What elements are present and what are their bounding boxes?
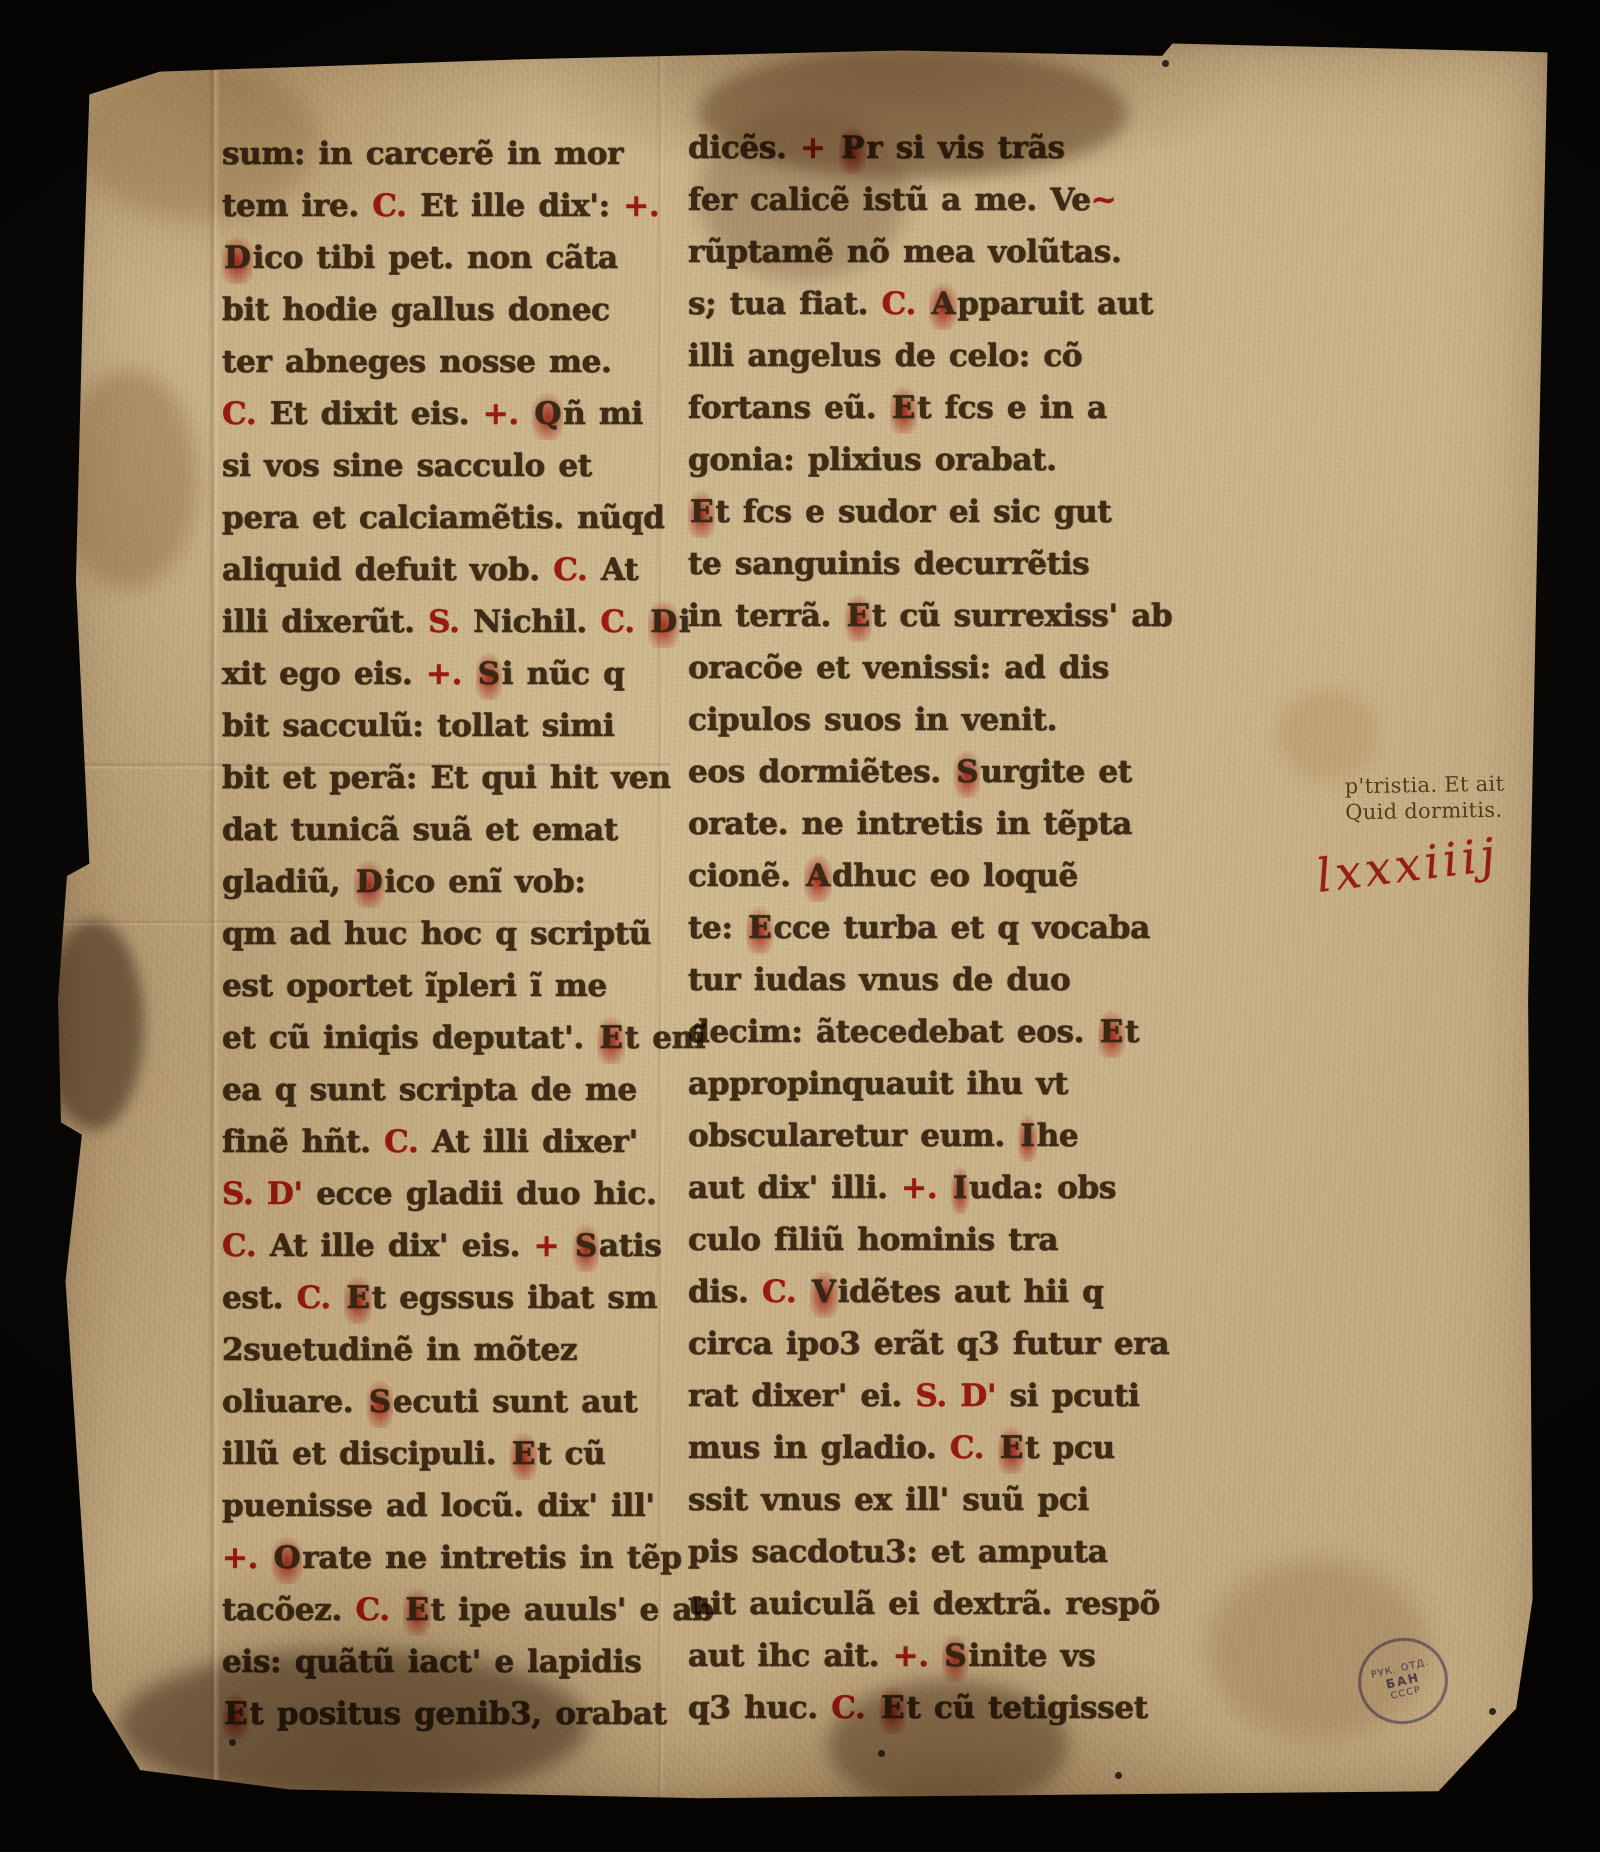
text-line: oracõe et venissi: ad dis: [688, 642, 1124, 694]
ink-segment: decim: ãtecedebat eos.: [688, 1014, 1098, 1050]
text-line: te: Ecce turba et q vocaba: [688, 902, 1124, 954]
ink-segment: uit auiculã ei dextrã. respõ: [688, 1586, 1160, 1622]
text-line: si vos sine sacculo et: [222, 440, 658, 492]
text-column-left: sum: in carcerẽ in mortem ire. C. Et ill…: [222, 128, 658, 1740]
text-line: illi angelus de celo: cõ: [688, 330, 1124, 382]
text-line: te sanguinis decurrẽtis: [688, 538, 1124, 590]
text-line: dicẽs. + Pr si vis trãs: [688, 122, 1124, 174]
rubric-segment: +.: [426, 656, 476, 692]
ink-segment: Et ille dix':: [420, 188, 623, 224]
text-line: appropinquauit ihu vt: [688, 1058, 1124, 1110]
text-line: ter abneges nosse me.: [222, 336, 658, 388]
ink-segment: tacõez.: [222, 1592, 355, 1628]
ink-segment: mus in gladio.: [688, 1430, 950, 1466]
ink-segment: idẽtes aut hii q: [838, 1274, 1104, 1310]
fold-crease-vertical: [208, 40, 220, 1800]
text-line: S. D' ecce gladii duo hic.: [222, 1168, 658, 1220]
text-line: bit et perã: Et qui hit ven: [222, 752, 658, 804]
text-line: sum: in carcerẽ in mor: [222, 128, 658, 180]
text-line: 2suetudinẽ in mõtez: [222, 1324, 658, 1376]
text-line: obscularetur eum. Ihe: [688, 1110, 1124, 1162]
red-touched-initial: E: [845, 590, 872, 642]
rubric-segment: S. D': [222, 1176, 316, 1212]
text-line: et cũ iniqis deputat'. Et enĩ: [222, 1012, 658, 1064]
ink-segment: ecuti sunt aut: [393, 1384, 637, 1420]
rubric-segment: C.: [222, 1228, 270, 1264]
ink-segment: At: [601, 552, 638, 588]
ink-segment: ecce gladii duo hic.: [316, 1176, 656, 1212]
ink-segment: qm ad huc hoc q scriptũ: [222, 916, 651, 952]
text-line: ea q sunt scripta de me: [222, 1064, 658, 1116]
ink-segment: illũ et discipuli.: [222, 1436, 510, 1472]
ink-segment: dis.: [688, 1274, 762, 1310]
text-line: C. At ille dix' eis. + Satis: [222, 1220, 658, 1272]
rubric-segment: C.: [372, 188, 420, 224]
ink-segment: tur iudas vnus de duo: [688, 962, 1070, 998]
rubric-segment: C.: [553, 552, 601, 588]
rubric-segment: +.: [623, 188, 659, 224]
ink-segment: bit et perã: Et qui hit ven: [222, 760, 671, 796]
red-touched-initial: A: [804, 850, 832, 902]
rubric-segment: C.: [600, 604, 648, 640]
text-line: q3 huc. C. Et cũ tetigisset: [688, 1682, 1124, 1734]
red-touched-initial: O: [272, 1532, 303, 1584]
red-touched-initial: I: [951, 1162, 969, 1214]
ink-segment: t cũ: [537, 1436, 605, 1472]
ink-segment: ter abneges nosse me.: [222, 344, 612, 380]
red-touched-initial: Q: [532, 388, 563, 440]
ink-segment: pis sacdotu3: et amputa: [688, 1534, 1108, 1570]
ink-segment: dicẽs.: [688, 130, 800, 166]
text-line: tacõez. C. Et ipe auuls' e ab: [222, 1584, 658, 1636]
text-line: dis. C. Vidẽtes aut hii q: [688, 1266, 1124, 1318]
text-line: aut ihc ait. +. Sinite vs: [688, 1630, 1124, 1682]
ink-segment: si pcuti: [996, 1378, 1139, 1414]
text-line: pis sacdotu3: et amputa: [688, 1526, 1124, 1578]
rubric-segment: +.: [901, 1170, 951, 1206]
red-touched-initial: E: [688, 486, 715, 538]
ink-segment: ñ mi: [563, 396, 643, 432]
ink-segment: cipulos suos in venit.: [688, 702, 1057, 738]
ink-segment: et cũ iniqis deputat'.: [222, 1020, 597, 1056]
rubric-segment: +.: [893, 1638, 943, 1674]
text-line: est. C. Et egssus ibat sm: [222, 1272, 658, 1324]
ink-segment: te:: [688, 910, 746, 946]
text-line: uit auiculã ei dextrã. respõ: [688, 1578, 1124, 1630]
ink-segment: rate ne intretis in tẽp: [302, 1540, 681, 1576]
text-line: ssit vnus ex ill' suũ pci: [688, 1474, 1124, 1526]
red-touched-initial: V: [810, 1266, 838, 1318]
margin-annotation-line: p'tristia. Et ait: [1345, 771, 1505, 800]
ink-segment: t pcu: [1025, 1430, 1115, 1466]
ink-segment: ea q sunt scripta de me: [222, 1072, 637, 1108]
red-touched-initial: E: [879, 1682, 906, 1734]
ink-segment: pera et calciamẽtis. nũqd: [222, 500, 665, 536]
red-touched-initial: A: [929, 278, 957, 330]
text-line: pera et calciamẽtis. nũqd: [222, 492, 658, 544]
rubric-segment: C.: [384, 1124, 432, 1160]
ink-segment: q3 huc.: [688, 1690, 831, 1726]
ink-segment: oliuare.: [222, 1384, 367, 1420]
ink-segment: culo filiũ hominis tra: [688, 1222, 1058, 1258]
rubric-segment: +: [534, 1228, 573, 1264]
text-line: puenisse ad locũ. dix' ill': [222, 1480, 658, 1532]
ink-speck: [229, 1739, 236, 1746]
text-line: tem ire. C. Et ille dix': +.: [222, 180, 658, 232]
ink-segment: he: [1037, 1118, 1079, 1154]
ink-segment: t ipe auuls' e ab: [431, 1592, 714, 1628]
rubric-segment: +: [800, 130, 839, 166]
ink-segment: in terrã.: [688, 598, 845, 634]
ink-segment: atis: [599, 1228, 661, 1264]
ink-segment: eis: quãtũ iact' e lapidis: [222, 1644, 641, 1680]
ink-segment: At illi dixer': [432, 1124, 638, 1160]
ink-segment: sum: in carcerẽ in mor: [222, 136, 623, 172]
text-line: aut dix' illi. +. Iuda: obs: [688, 1162, 1124, 1214]
ink-segment: bit sacculũ: tollat simi: [222, 708, 614, 744]
text-line: orate. ne intretis in tẽpta: [688, 798, 1124, 850]
text-line: rat dixer' ei. S. D' si pcuti: [688, 1370, 1124, 1422]
ink-segment: Et dixit eis.: [270, 396, 483, 432]
text-line: in terrã. Et cũ surrexiss' ab: [688, 590, 1124, 642]
rubric-segment: S.: [428, 604, 473, 640]
ink-segment: 2suetudinẽ in mõtez: [222, 1332, 577, 1368]
ink-segment: puenisse ad locũ. dix' ill': [222, 1488, 655, 1524]
rubric-segment: C.: [950, 1430, 998, 1466]
text-line: C. Et dixit eis. +. Qñ mi: [222, 388, 658, 440]
text-line: gonia: plixius orabat.: [688, 434, 1124, 486]
text-line: tur iudas vnus de duo: [688, 954, 1124, 1006]
ink-segment: ssit vnus ex ill' suũ pci: [688, 1482, 1089, 1518]
ink-speck: [878, 1750, 885, 1757]
text-line: decim: ãtecedebat eos. Et: [688, 1006, 1124, 1058]
text-line: xit ego eis. +. Si nũc q: [222, 648, 658, 700]
rubric-segment: C.: [297, 1280, 345, 1316]
rubric-segment: C.: [831, 1690, 879, 1726]
ink-segment: oracõe et venissi: ad dis: [688, 650, 1109, 686]
folio-numeral-red: lxxxiiij: [1313, 827, 1501, 903]
ink-segment: eos dormiẽtes.: [688, 754, 954, 790]
red-touched-initial: S: [367, 1376, 393, 1428]
ink-segment: t cũ surrexiss' ab: [872, 598, 1173, 634]
red-touched-initial: D: [222, 232, 253, 284]
red-touched-initial: D: [354, 856, 385, 908]
ink-segment: est oportet ĩpleri ĩ me: [222, 968, 607, 1004]
ink-segment: gonia: plixius orabat.: [688, 442, 1057, 478]
text-line: cipulos suos in venit.: [688, 694, 1124, 746]
ink-segment: ico enĩ vob:: [384, 864, 585, 900]
red-touched-initial: S: [476, 648, 502, 700]
text-line: eos dormiẽtes. Surgite et: [688, 746, 1124, 798]
ink-segment: r si vis trãs: [866, 130, 1064, 166]
ink-segment: orate. ne intretis in tẽpta: [688, 806, 1132, 842]
ink-segment: t positus genib3, orabat: [249, 1696, 666, 1732]
text-line: culo filiũ hominis tra: [688, 1214, 1124, 1266]
red-touched-initial: E: [998, 1422, 1025, 1474]
ink-segment: ico tibi pet. non cãta: [253, 240, 618, 276]
red-touched-initial: E: [510, 1428, 537, 1480]
ink-segment: dhuc eo loquẽ: [832, 858, 1078, 894]
red-touched-initial: E: [1098, 1006, 1125, 1058]
stain: [1278, 690, 1378, 780]
ink-segment: i nũc q: [502, 656, 625, 692]
text-line: qm ad huc hoc q scriptũ: [222, 908, 658, 960]
rubric-segment: C.: [882, 286, 930, 322]
text-line: bit sacculũ: tollat simi: [222, 700, 658, 752]
text-line: mus in gladio. C. Et pcu: [688, 1422, 1124, 1474]
ink-segment: aut ihc ait.: [688, 1638, 893, 1674]
text-line: fortans eũ. Et fcs e in a: [688, 382, 1124, 434]
red-touched-initial: E: [403, 1584, 430, 1636]
text-line: gladiũ, Dico enĩ vob:: [222, 856, 658, 908]
red-touched-initial: S: [942, 1630, 968, 1682]
margin-annotation-line: Quid dormitis.: [1345, 797, 1505, 826]
ink-segment: s; tua fiat.: [688, 286, 882, 322]
text-column-right: dicẽs. + Pr si vis trãsfer calicẽ istũ a…: [688, 122, 1124, 1734]
ink-segment: bit hodie gallus donec: [222, 292, 610, 328]
text-line: oliuare. Secuti sunt aut: [222, 1376, 658, 1428]
red-touched-initial: I: [1018, 1110, 1036, 1162]
ink-segment: xit ego eis.: [222, 656, 426, 692]
text-line: est oportet ĩpleri ĩ me: [222, 960, 658, 1012]
text-line: bit hodie gallus donec: [222, 284, 658, 336]
ink-segment: appropinquauit ihu vt: [688, 1066, 1068, 1102]
rubric-segment: +.: [222, 1540, 272, 1576]
red-touched-initial: S: [573, 1220, 599, 1272]
ink-segment: rat dixer' ei.: [688, 1378, 915, 1414]
ink-segment: te sanguinis decurrẽtis: [688, 546, 1089, 582]
rubric-segment: C.: [762, 1274, 810, 1310]
ink-segment: inite vs: [968, 1638, 1095, 1674]
text-line: eis: quãtũ iact' e lapidis: [222, 1636, 658, 1688]
text-line: Dico tibi pet. non cãta: [222, 232, 658, 284]
ink-segment: t cũ tetigisset: [906, 1690, 1147, 1726]
text-line: circa ipo3 erãt q3 futur era: [688, 1318, 1124, 1370]
red-touched-initial: E: [344, 1272, 371, 1324]
ink-segment: t fcs e in a: [917, 390, 1107, 426]
red-touched-initial: P: [839, 122, 866, 174]
ink-speck: [1162, 60, 1169, 67]
text-line: Et positus genib3, orabat: [222, 1688, 658, 1740]
ink-segment: cce turba et q vocaba: [773, 910, 1149, 946]
text-line: illi dixerũt. S. Nichil. C. Di: [222, 596, 658, 648]
text-line: fer calicẽ istũ a me. Ve~: [688, 174, 1124, 226]
manuscript-photo: sum: in carcerẽ in mortem ire. C. Et ill…: [0, 0, 1600, 1852]
ink-segment: rũptamẽ nõ mea volũtas.: [688, 234, 1121, 270]
ink-segment: urgite et: [980, 754, 1132, 790]
margin-annotation: p'tristia. Et ait Quid dormitis.: [1345, 771, 1505, 826]
ink-segment: uda: obs: [969, 1170, 1116, 1206]
red-touched-initial: E: [890, 382, 917, 434]
ink-segment: finẽ hñt.: [222, 1124, 384, 1160]
text-line: dat tunicã suã et emat: [222, 804, 658, 856]
library-stamp: РУК. ОТД. БАН СССР: [1349, 1629, 1456, 1733]
ink-segment: obscularetur eum.: [688, 1118, 1018, 1154]
rubric-segment: +.: [483, 396, 533, 432]
text-line: cionẽ. Adhuc eo loquẽ: [688, 850, 1124, 902]
ink-segment: t fcs e sudor ei sic gut: [715, 494, 1111, 530]
ink-segment: t: [1125, 1014, 1139, 1050]
ink-segment: illi angelus de celo: cõ: [688, 338, 1082, 374]
ink-segment: dat tunicã suã et emat: [222, 812, 618, 848]
ink-segment: At ille dix' eis.: [270, 1228, 534, 1264]
ink-segment: illi dixerũt.: [222, 604, 428, 640]
red-touched-initial: E: [746, 902, 773, 954]
manuscript-leaf: sum: in carcerẽ in mortem ire. C. Et ill…: [58, 40, 1552, 1800]
rubric-segment: C.: [355, 1592, 403, 1628]
ink-segment: aut dix' illi.: [688, 1170, 901, 1206]
red-touched-initial: S: [954, 746, 980, 798]
ink-segment: gladiũ,: [222, 864, 354, 900]
ink-segment: fer calicẽ istũ a me. Ve: [688, 182, 1091, 218]
rubric-segment: C.: [222, 396, 270, 432]
text-line: rũptamẽ nõ mea volũtas.: [688, 226, 1124, 278]
text-line: illũ et discipuli. Et cũ: [222, 1428, 658, 1480]
text-line: finẽ hñt. C. At illi dixer': [222, 1116, 658, 1168]
ink-segment: est.: [222, 1280, 297, 1316]
text-line: aliquid defuit vob. C. At: [222, 544, 658, 596]
text-line: Et fcs e sudor ei sic gut: [688, 486, 1124, 538]
ink-segment: fortans eũ.: [688, 390, 890, 426]
ink-speck: [1115, 1772, 1122, 1779]
text-line: +. Orate ne intretis in tẽp: [222, 1532, 658, 1584]
rubric-segment: S. D': [915, 1378, 996, 1414]
ink-segment: Nichil.: [473, 604, 600, 640]
red-touched-initial: E: [597, 1012, 624, 1064]
red-touched-initial: E: [222, 1688, 249, 1740]
ink-segment: tem ire.: [222, 188, 372, 224]
ink-segment: si vos sine sacculo et: [222, 448, 592, 484]
red-touched-initial: D: [648, 596, 679, 648]
ink-segment: cionẽ.: [688, 858, 804, 894]
ink-segment: aliquid defuit vob.: [222, 552, 553, 588]
ink-segment: pparuit aut: [957, 286, 1153, 322]
ink-speck: [1489, 1708, 1496, 1715]
ink-segment: circa ipo3 erãt q3 futur era: [688, 1326, 1169, 1362]
rubric-segment: ~: [1091, 182, 1117, 218]
ink-segment: t egssus ibat sm: [372, 1280, 657, 1316]
text-line: s; tua fiat. C. Apparuit aut: [688, 278, 1124, 330]
